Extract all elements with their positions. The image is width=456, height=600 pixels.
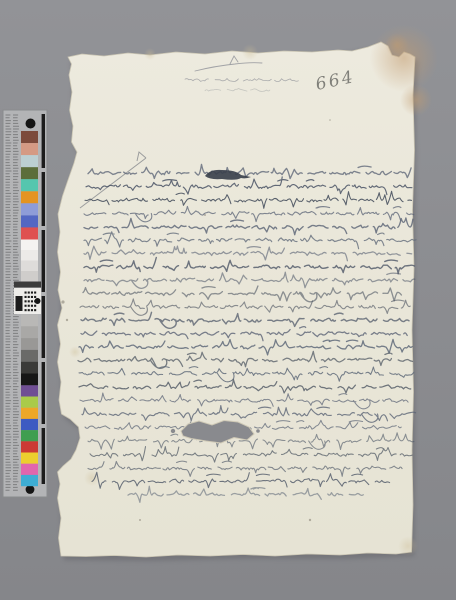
resolution-square — [34, 296, 36, 298]
color-patch — [21, 143, 38, 155]
gray-patch — [21, 374, 38, 386]
color-patch — [21, 385, 38, 396]
gray-patch — [21, 250, 38, 261]
color-patch — [21, 155, 38, 167]
gray-patch — [21, 350, 38, 362]
separator-bar — [14, 282, 41, 288]
strip-tick — [42, 114, 45, 168]
gray-patch — [21, 315, 38, 327]
color-patch — [21, 464, 38, 475]
strip-tick — [42, 362, 45, 424]
resolution-square — [31, 296, 33, 298]
resolution-square — [28, 296, 30, 298]
gray-patch — [21, 261, 38, 272]
color-patch — [21, 227, 38, 239]
color-patch — [21, 441, 38, 452]
resolution-block — [16, 296, 23, 311]
color-patch — [21, 215, 38, 227]
resolution-square — [28, 305, 30, 307]
gray-patch — [21, 362, 38, 374]
resolution-square — [25, 296, 27, 298]
registration-dot-top — [26, 119, 36, 129]
color-patch — [21, 203, 38, 215]
color-patch — [21, 179, 38, 191]
color-calibration-strip — [3, 110, 47, 497]
resolution-square — [28, 292, 30, 294]
resolution-square — [28, 309, 30, 311]
resolution-square — [31, 300, 33, 302]
resolution-square — [31, 305, 33, 307]
resolution-square — [31, 309, 33, 311]
strip-tick — [42, 428, 45, 484]
color-patch — [21, 397, 38, 408]
strip-tick — [42, 172, 45, 226]
resolution-square — [34, 305, 36, 307]
resolution-square — [28, 300, 30, 302]
color-patch — [21, 191, 38, 203]
color-patch — [21, 131, 38, 143]
color-patch — [21, 430, 38, 441]
gray-patch — [21, 271, 38, 282]
gray-patch — [21, 240, 38, 251]
strip-tick — [42, 296, 45, 358]
strip-tick — [42, 230, 45, 292]
resolution-square — [31, 292, 33, 294]
resolution-square — [25, 305, 27, 307]
registration-dot-bottom — [26, 485, 35, 494]
color-patch — [21, 167, 38, 179]
manuscript-photograph: 664 — [0, 0, 456, 600]
resolution-square — [25, 300, 27, 302]
resolution-square — [34, 292, 36, 294]
color-patch — [21, 475, 38, 486]
manuscript-page — [58, 42, 416, 557]
gray-patch — [21, 338, 38, 350]
color-patch — [21, 408, 38, 419]
resolution-square — [25, 309, 27, 311]
color-patch — [21, 419, 38, 430]
gray-patch — [21, 326, 38, 338]
resolution-square — [34, 309, 36, 311]
resolution-dot — [35, 298, 41, 304]
resolution-square — [25, 292, 27, 294]
color-patch — [21, 453, 38, 464]
